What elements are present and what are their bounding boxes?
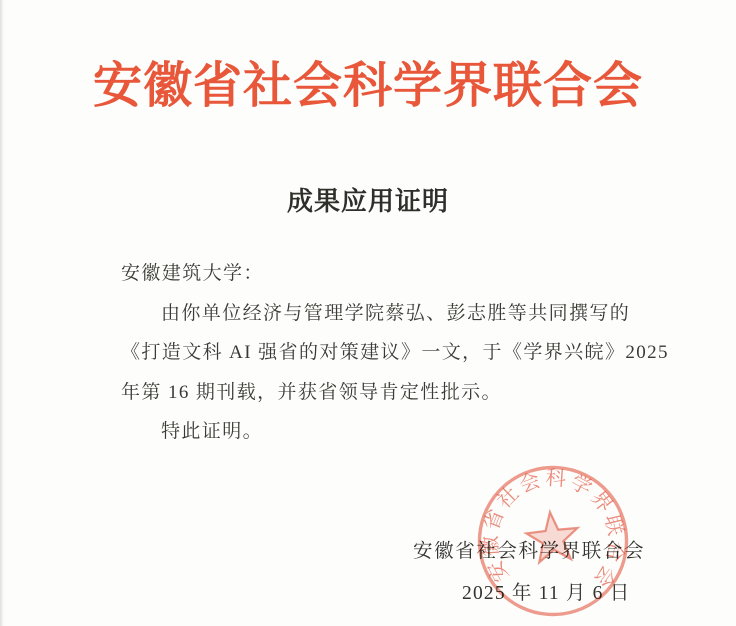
body-text: 安徽建筑大学： 由你单位经济与管理学院蔡弘、彭志胜等共同撰写的《打造文科 AI … <box>121 261 637 459</box>
seal-text-arc-path <box>494 481 612 584</box>
letterhead-title: 安徽省社会科学界联合会 <box>0 47 736 117</box>
salutation-line: 安徽建筑大学： <box>121 261 637 301</box>
body-paragraphs: 由你单位经济与管理学院蔡弘、彭志胜等共同撰写的《打造文科 AI 强省的对策建议》… <box>121 301 637 459</box>
body-line: 《打造文科 AI 强省的对策建议》一文，于《学界兴皖》2025 <box>121 340 637 380</box>
date-line: 2025 年 11 月 6 日 <box>462 577 630 605</box>
certificate-document: 安徽省社会科学界联合会 成果应用证明 安徽建筑大学： 由你单位经济与管理学院蔡弘… <box>0 0 736 626</box>
document-title: 成果应用证明 <box>0 181 736 218</box>
seal-arc-text: 安徽省社会科学界联合会 <box>475 462 633 595</box>
body-line: 特此证明。 <box>121 419 637 459</box>
body-line: 由你单位经济与管理学院蔡弘、彭志胜等共同撰写的 <box>121 301 637 341</box>
body-line: 年第 16 期刊载，并获省领导肯定性批示。 <box>121 380 637 420</box>
signature-line: 安徽省社会科学界联合会 <box>413 535 645 563</box>
